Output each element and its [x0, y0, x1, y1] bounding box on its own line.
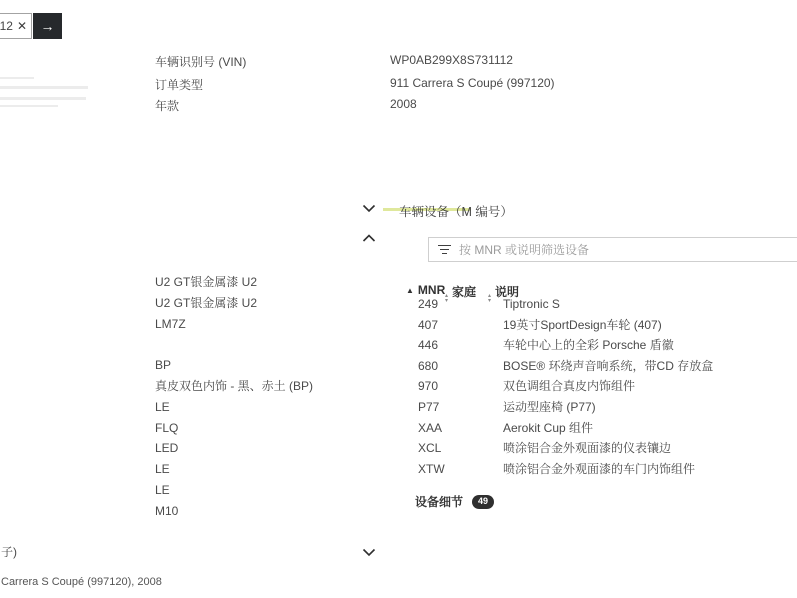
chevron-up-icon[interactable]	[362, 234, 376, 243]
clear-icon[interactable]: ✕	[17, 20, 27, 32]
search-submit-button[interactable]: →	[33, 13, 62, 39]
list-item: M10	[155, 501, 313, 522]
arrow-right-icon: →	[41, 18, 55, 34]
vin-value: WP0AB299X8S731112	[390, 53, 513, 67]
table-row: 249Tiptronic S	[0, 294, 797, 315]
vehicle-info-row: 车辆识别号 (VIN) WP0AB299X8S731112	[0, 53, 700, 75]
table-row: P77运动型座椅 (P77)	[0, 397, 797, 418]
truncated-section-text: 子)	[1, 543, 17, 560]
table-row: 446车轮中心上的全彩 Porsche 盾徽	[0, 335, 797, 356]
equipment-filter-input[interactable]: 按 MNR 或说明筛选设备	[428, 237, 797, 262]
vin-search-input[interactable]: 12 ✕	[0, 13, 32, 39]
order-type-label: 订单类型	[155, 76, 203, 93]
list-item: LE	[155, 480, 313, 501]
table-row: 680BOSE® 环绕声音响系统，带CD 存放盒	[0, 356, 797, 377]
equipment-details-label: 设备细节	[415, 493, 463, 510]
filter-icon	[438, 245, 451, 255]
equipment-section-title: 车辆设备（M 编号）	[399, 202, 513, 220]
count-badge: 49	[472, 495, 494, 509]
order-type-value: 911 Carrera S Coupé (997120)	[390, 76, 555, 90]
vin-search-value: 12	[0, 19, 13, 33]
equipment-details-link[interactable]: 设备细节 49	[415, 493, 494, 510]
model-year-label: 年款	[155, 97, 179, 114]
page: 12 ✕ → 车辆识别号 (VIN) WP0AB299X8S731112 订单类…	[0, 0, 797, 598]
equipment-filter-placeholder: 按 MNR 或说明筛选设备	[459, 241, 589, 258]
table-row: XCL喷涂铝合金外观面漆的仪表镶边	[0, 438, 797, 459]
chevron-down-icon[interactable]	[362, 548, 376, 557]
vin-label: 车辆识别号 (VIN)	[155, 53, 246, 70]
table-row: 40719英寸SportDesign车轮 (407)	[0, 315, 797, 336]
table-row: XTW喷涂铝合金外观面漆的车门内饰组件	[0, 459, 797, 480]
model-year-value: 2008	[390, 97, 417, 111]
vehicle-info-row: 年款 2008	[0, 97, 700, 119]
table-row: XAAAerokit Cup 组件	[0, 418, 797, 439]
chevron-down-icon[interactable]	[362, 204, 376, 213]
vehicle-info-row: 订单类型 911 Carrera S Coupé (997120)	[0, 76, 700, 98]
footer-model-line: Carrera S Coupé (997120), 2008	[1, 576, 162, 588]
equipment-table: 249Tiptronic S 40719英寸SportDesign车轮 (407…	[0, 294, 797, 479]
table-row: 970双色调组合真皮内饰组件	[0, 376, 797, 397]
